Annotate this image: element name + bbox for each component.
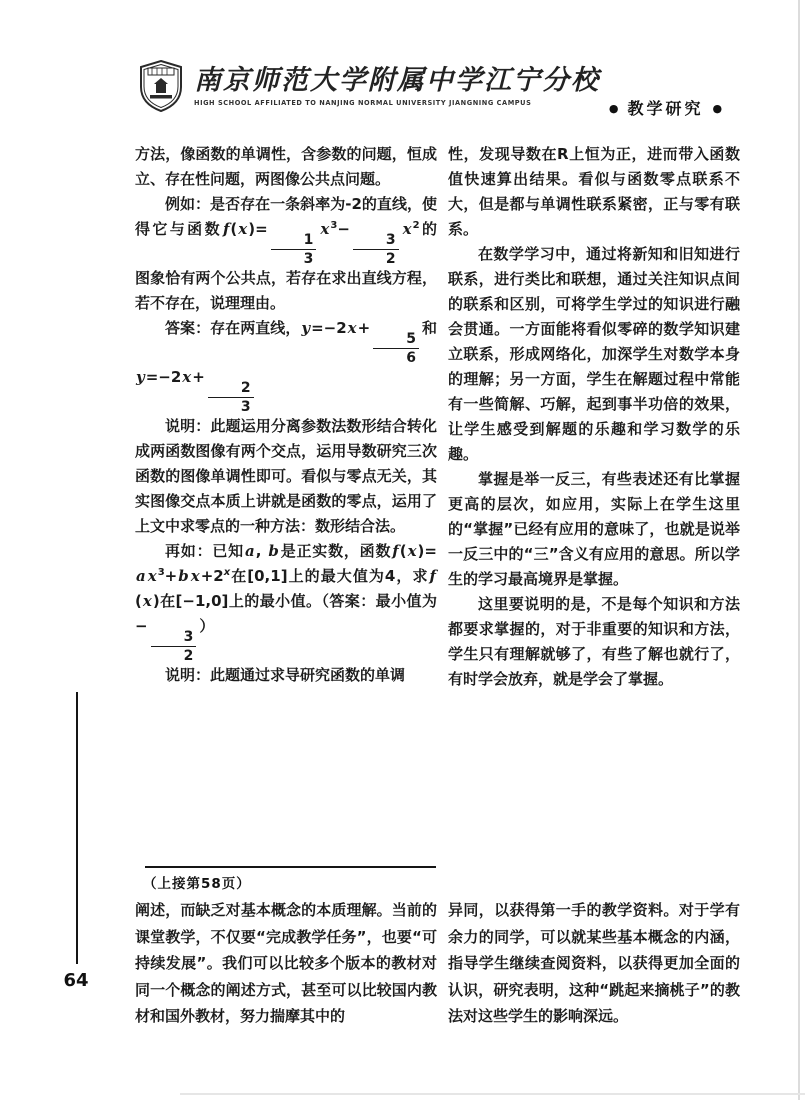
paragraph: 再如：已知a, b是正实数，函数f(x)=ax3+bx+2x在[0,1]上的最大… xyxy=(135,539,437,663)
continuation-body: 阐述，而缺乏对基本概念的本质理解。当前的课堂教学，不仅要“完成教学任务”，也要“… xyxy=(135,897,740,1030)
left-column: 方法，像函数的单调性，含参数的问题，恒成立、存在性问题，两图像公共点问题。例如：… xyxy=(135,142,437,692)
paragraph: 说明：此题通过求导研究函数的单调 xyxy=(135,663,437,688)
school-logo: 南京师范大学附属中学江宁分校 HIGH SCHOOL AFFILIATED TO… xyxy=(138,60,600,112)
paragraph: 答案：存在两直线，y=−2x+56和 y=−2x+23 xyxy=(135,316,437,414)
scan-edge-bottom xyxy=(180,1093,805,1095)
paragraph: 异同，以获得第一手的教学资料。对于学有余力的同学，可以就某些基本概念的内涵，指导… xyxy=(448,897,740,1030)
school-name-en: HIGH SCHOOL AFFILIATED TO NANJING NORMAL… xyxy=(194,99,600,107)
article-body: 方法，像函数的单调性，含参数的问题，恒成立、存在性问题，两图像公共点问题。例如：… xyxy=(135,142,740,692)
fraction: 32 xyxy=(353,233,399,266)
paragraph: 性，发现导数在R上恒为正，进而带入函数值快速算出结果。看似与函数零点联系不大，但… xyxy=(448,142,740,242)
continuation-rule xyxy=(145,866,436,868)
continuation-right-column: 异同，以获得第一手的教学资料。对于学有余力的同学，可以就某些基本概念的内涵，指导… xyxy=(448,897,740,1030)
paragraph: 掌握是举一反三，有些表述还有比掌握更高的层次，如应用，实际上在学生这里的“掌握”… xyxy=(448,467,740,592)
continuation-left-column: 阐述，而缺乏对基本概念的本质理解。当前的课堂教学，不仅要“完成教学任务”，也要“… xyxy=(135,897,437,1030)
paragraph: 在数学学习中，通过将新知和旧知进行联系，进行类比和联想，通过关注知识点间的联系和… xyxy=(448,242,740,467)
school-emblem-icon xyxy=(138,60,184,112)
scan-edge-right xyxy=(798,0,800,1100)
section-title: 教学研究 xyxy=(627,99,703,118)
folio-rule xyxy=(76,692,78,964)
fraction: 23 xyxy=(208,381,254,414)
fraction: 32 xyxy=(151,630,197,663)
fraction: 56 xyxy=(373,332,419,365)
right-column: 性，发现导数在R上恒为正，进而带入函数值快速算出结果。看似与函数零点联系不大，但… xyxy=(448,142,740,692)
school-name-block: 南京师范大学附属中学江宁分校 HIGH SCHOOL AFFILIATED TO… xyxy=(194,60,600,107)
continuation-marker: （上接第58页） xyxy=(143,872,251,892)
school-name-cn: 南京师范大学附属中学江宁分校 xyxy=(194,65,600,96)
page-number: 64 xyxy=(60,970,92,991)
paragraph: 说明：此题运用分离参数法数形结合转化成两函数图像有两个交点，运用导数研究三次函数… xyxy=(135,414,437,539)
fraction: 13 xyxy=(271,233,317,266)
paragraph: 方法，像函数的单调性，含参数的问题，恒成立、存在性问题，两图像公共点问题。 xyxy=(135,142,437,192)
bullet-icon: ● xyxy=(713,102,723,115)
paragraph: 阐述，而缺乏对基本概念的本质理解。当前的课堂教学，不仅要“完成教学任务”，也要“… xyxy=(135,897,437,1030)
paragraph: 这里要说明的是，不是每个知识和方法都要求掌握的，对于非重要的知识和方法，学生只有… xyxy=(448,592,740,692)
paragraph: 例如：是否存在一条斜率为-2的直线，使得它与函数f(x)=13x3−32x2的图… xyxy=(135,192,437,316)
section-header: ●教学研究● xyxy=(598,96,733,119)
bullet-icon: ● xyxy=(609,102,619,115)
